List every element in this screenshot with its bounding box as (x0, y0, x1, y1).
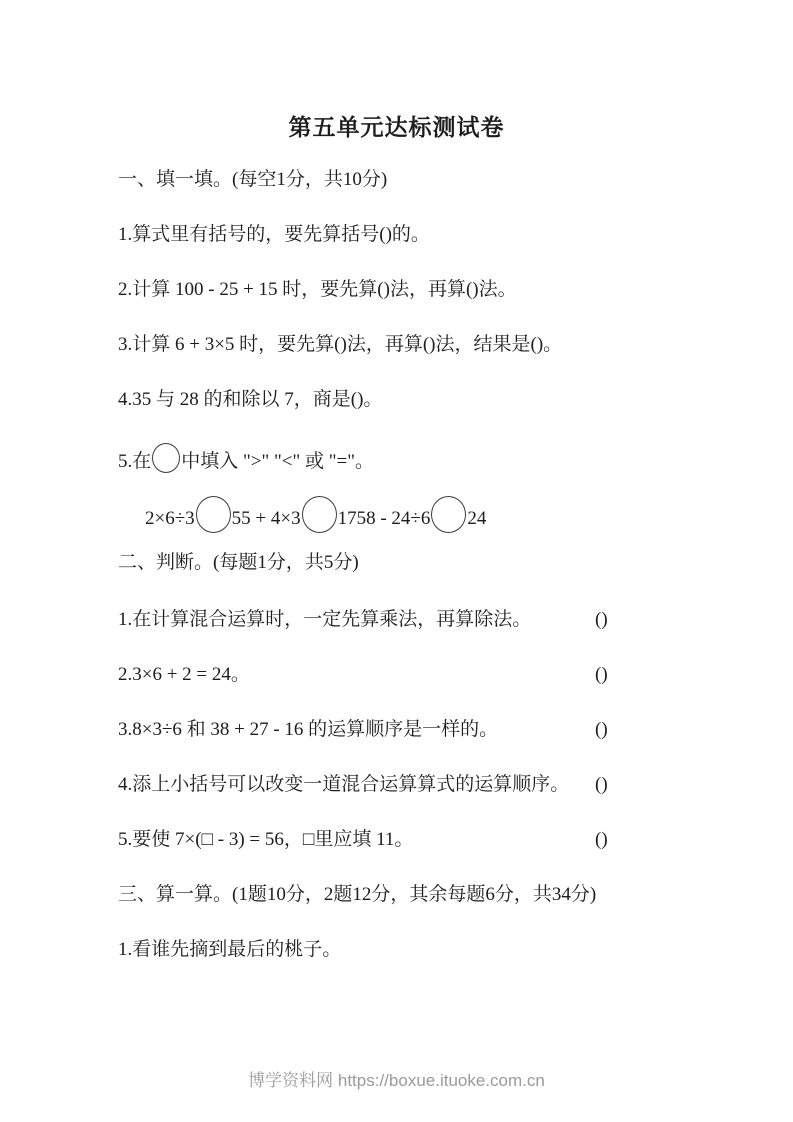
statement-text: 5.要使 7×(□ - 3) = 56，□里应填 11。 (118, 829, 413, 850)
section1-question-1: 1.算式里有括号的，要先算括号()的。 (118, 223, 430, 247)
section1-question-5: 5.在中填入 ">" "<" 或 "="。 (118, 443, 374, 474)
expression-segment: 1758 - 24÷6 (338, 508, 431, 529)
section1-question-4: 4.35 与 28 的和除以 7，商是()。 (118, 388, 382, 412)
section2-statement-4: 4.添上小括号可以改变一道混合运算算式的运算顺序。 () (118, 773, 569, 797)
compare-blank-circle-3 (431, 496, 466, 533)
answer-parentheses: () (595, 773, 608, 797)
section1-question-5-expressions: 2×6÷355 + 4×31758 - 24÷624 (145, 496, 486, 533)
question-5-suffix: 中填入 ">" "<" 或 "="。 (181, 451, 374, 472)
test-paper-page: 第五单元达标测试卷 一、填一填。(每空1分，共10分) 1.算式里有括号的，要先… (0, 0, 793, 1122)
section1-question-3: 3.计算 6 + 3×5 时，要先算()法，再算()法，结果是()。 (118, 333, 562, 357)
section2-statement-2: 2.3×6 + 2 = 24。 () (118, 663, 250, 687)
expression-segment: 2×6÷3 (145, 508, 195, 529)
statement-text: 3.8×3÷6 和 38 + 27 - 16 的运算顺序是一样的。 (118, 719, 498, 740)
blank-circle-icon (152, 443, 180, 473)
expression-segment: 24 (467, 508, 486, 529)
section2-statement-5: 5.要使 7×(□ - 3) = 56，□里应填 11。 () (118, 828, 413, 852)
section3-question-1: 1.看谁先摘到最后的桃子。 (118, 938, 341, 962)
answer-parentheses: () (595, 663, 608, 687)
statement-text: 4.添上小括号可以改变一道混合运算算式的运算顺序。 (118, 774, 569, 795)
compare-blank-circle-2 (302, 496, 337, 533)
question-5-prefix: 5.在 (118, 451, 151, 472)
compare-blank-circle-1 (196, 496, 231, 533)
section2-heading: 二、判断。(每题1分，共5分) (118, 551, 359, 575)
expression-segment: 55 + 4×3 (232, 508, 301, 529)
section1-question-2: 2.计算 100 - 25 + 15 时，要先算()法，再算()法。 (118, 278, 517, 302)
watermark-footer: 博学资料网 https://boxue.ituoke.com.cn (0, 1066, 793, 1091)
statement-text: 2.3×6 + 2 = 24。 (118, 664, 250, 685)
section3-heading: 三、算一算。(1题10分，2题12分，其余每题6分，共34分) (118, 883, 596, 907)
section1-heading: 一、填一填。(每空1分，共10分) (118, 168, 387, 192)
answer-parentheses: () (595, 828, 608, 852)
section2-statement-1: 1.在计算混合运算时，一定先算乘法，再算除法。 () (118, 608, 531, 632)
answer-parentheses: () (595, 718, 608, 742)
statement-text: 1.在计算混合运算时，一定先算乘法，再算除法。 (118, 609, 531, 630)
section2-statement-3: 3.8×3÷6 和 38 + 27 - 16 的运算顺序是一样的。 () (118, 718, 498, 742)
page-title: 第五单元达标测试卷 (0, 109, 793, 142)
answer-parentheses: () (595, 608, 608, 632)
